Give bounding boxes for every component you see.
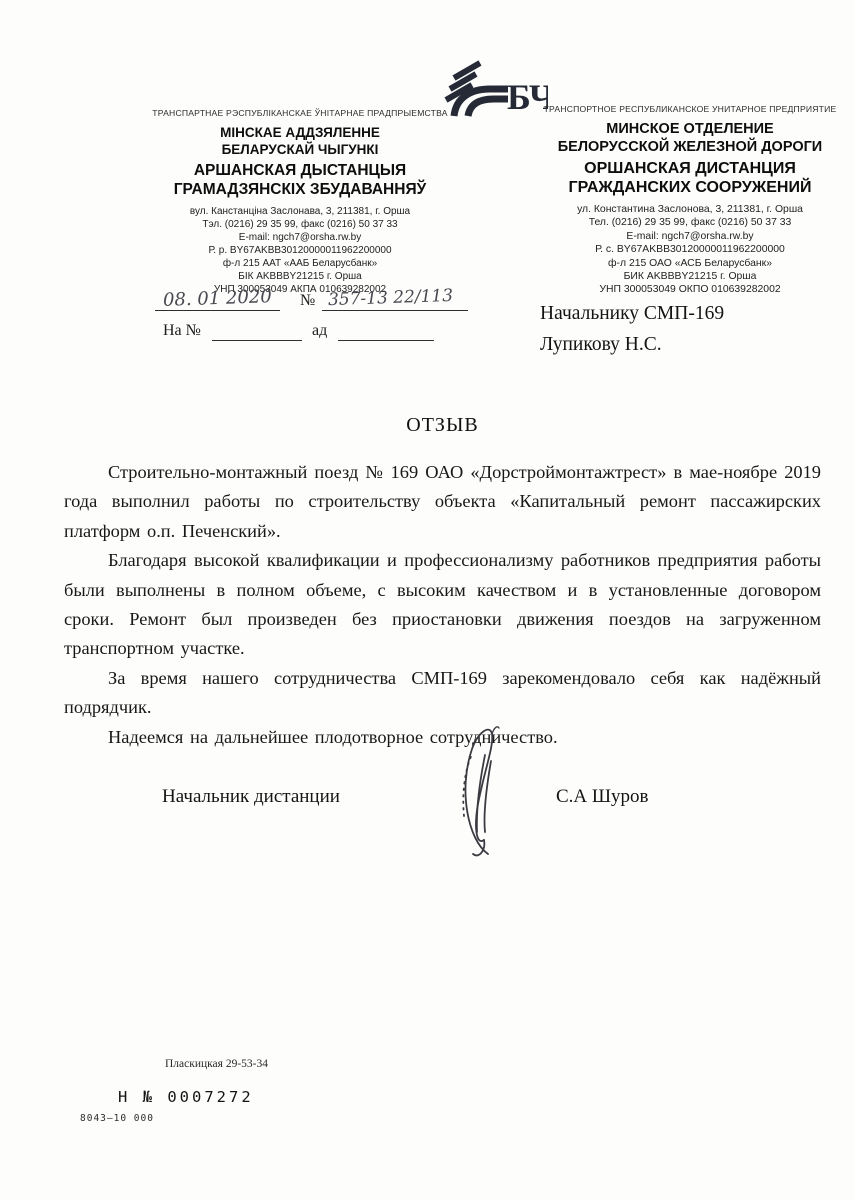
org-name-right: МИНСКОЕ ОТДЕЛЕНИЕ БЕЛОРУССКОЙ ЖЕЛЕЗНОЙ Д… [528,121,852,156]
signer-position-label: Начальник дистанции [162,786,340,808]
executor-contact: Пласкицкая 29-53-34 [165,1058,268,1070]
org-type-left: ТРАНСПАРТНАЕ РЭСПУБЛІКАНСКАЕ ЎНІТАРНАЕ П… [138,108,462,118]
form-number: Н № 0007272 [118,1088,254,1106]
ad-label: ад [312,322,327,340]
signature-scribble-icon [428,722,520,860]
letterhead-left: ТРАНСПАРТНАЕ РЭСПУБЛІКАНСКАЕ ЎНІТАРНАЕ П… [138,108,462,296]
na-no-label: На № [163,322,201,340]
address-block-left: вул. Канстанціна Заслонава, 3, 211381, г… [138,205,462,296]
letterhead-right: ТРАНСПОРТНОЕ РЕСПУБЛИКАНСКОЕ УНИТАРНОЕ П… [528,104,852,297]
org-name-left: МІНСКАЕ АДДЗЯЛЕННЕ БЕЛАРУСКАЙ ЧЫГУНКІ [138,125,462,158]
number-rule [322,310,468,311]
outgoing-date-handwritten: 08. 01 2020 [163,286,272,311]
recipient-block: Начальнику СМП-169 Лупикову Н.С. [540,298,724,360]
na-no-rule [212,340,302,341]
print-run-code: 8043—10 000 [80,1113,154,1124]
scanned-letter-page: БЧ ТРАНСПАРТНАЕ РЭСПУБЛІКАНСКАЕ ЎНІТАРНА… [0,0,854,1200]
recipient-position: Начальнику СМП-169 [540,298,724,329]
body-paragraph: Строительно-монтажный поезд № 169 ОАО «Д… [64,458,821,546]
number-sign-label: № [300,292,315,310]
org-type-right: ТРАНСПОРТНОЕ РЕСПУБЛИКАНСКОЕ УНИТАРНОЕ П… [528,104,852,114]
body-paragraph: Благодаря высокой квалификации и професс… [64,546,821,664]
letter-body: Строительно-монтажный поезд № 169 ОАО «Д… [64,458,821,752]
recipient-name: Лупикову Н.С. [540,329,724,360]
division-name-left: АРШАНСКАЯ ДЫСТАНЦЫЯ ГРАМАДЗЯНСКІХ ЗБУДАВ… [138,162,462,199]
ad-rule [338,340,434,341]
outgoing-number-handwritten: 357-13 22/113 [328,286,454,310]
address-block-right: ул. Константина Заслонова, 3, 211381, г.… [528,203,852,297]
division-name-right: ОРШАНСКАЯ ДИСТАНЦИЯ ГРАЖДАНСКИХ СООРУЖЕН… [528,160,852,197]
document-title: ОТЗЫВ [64,414,821,437]
signer-name: С.А Шуров [556,786,649,808]
body-paragraph: За время нашего сотрудничества СМП-169 з… [64,664,821,723]
